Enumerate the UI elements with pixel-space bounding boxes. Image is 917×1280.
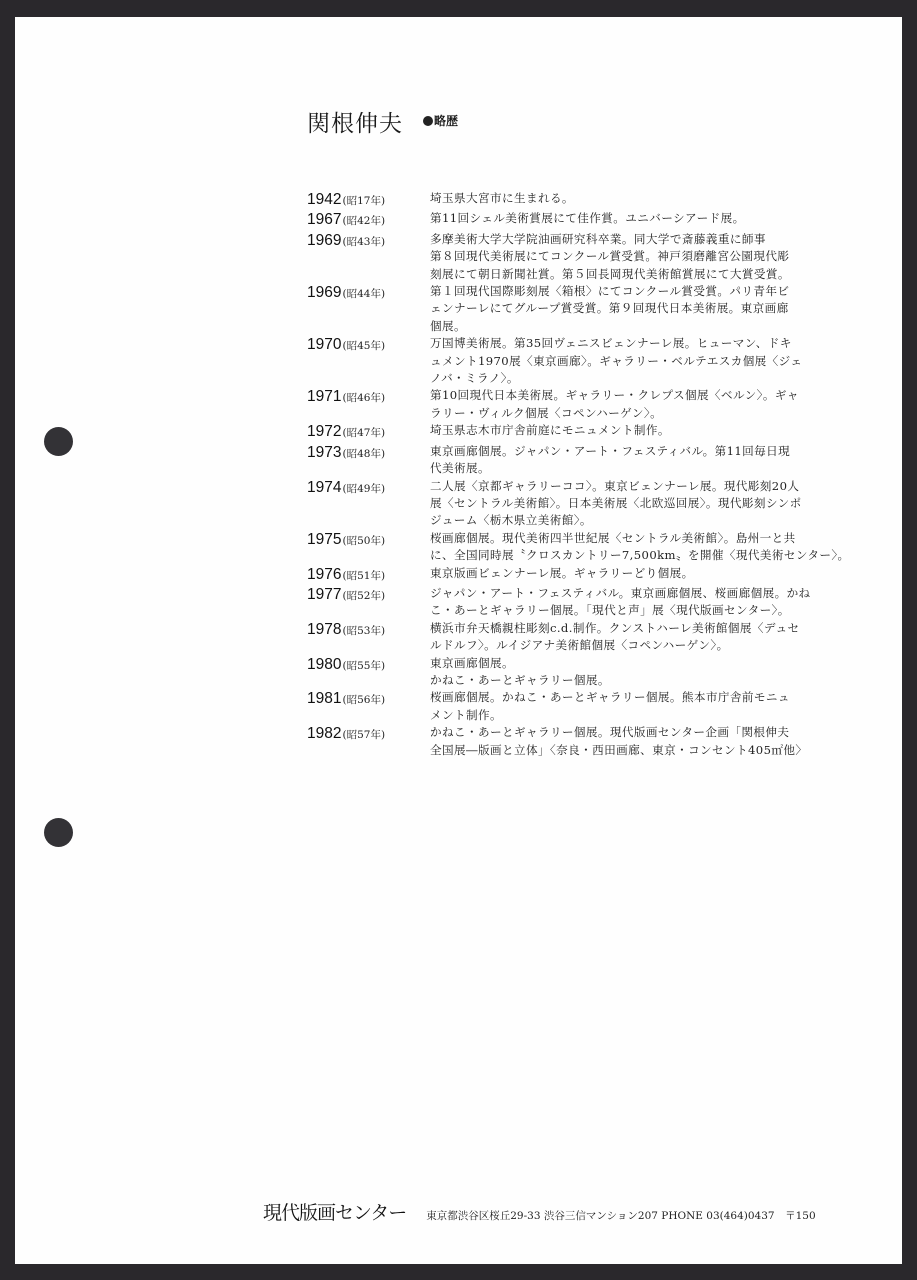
era-year: (昭43年) (342, 236, 385, 248)
era-year: (昭17年) (342, 195, 385, 207)
description-line: ノバ・ミラノ〉。 (430, 370, 840, 387)
footer: 現代版画センター 東京都渋谷区桜丘29-33 渋谷三信マンション207 PHON… (263, 1198, 816, 1225)
punch-hole-bottom (44, 818, 73, 847)
year: 1975 (307, 531, 341, 548)
year: 1969 (307, 284, 341, 301)
era-year: (昭45年) (342, 340, 385, 352)
description-line: ェンナーレにてグループ賞受賞。第９回現代日本美術展。東京画廊 (430, 300, 840, 317)
era-year: (昭47年) (342, 427, 385, 439)
era-year: (昭46年) (342, 392, 385, 404)
bio-entry: 1981(昭56年)桜画廊個展。かねこ・あーとギャラリー個展。熊本市庁舎前モニュ… (307, 689, 867, 724)
bio-entry: 1967(昭42年)第11回シェル美術賞展にて佳作賞。ユニバーシアード展。 (307, 210, 867, 230)
description-line: 東京画廊個展。 (430, 655, 840, 672)
description-line: 埼玉県大宮市に生まれる。 (430, 190, 840, 207)
event-description: 横浜市弁天橋親柱彫刻c.d.制作。クンストハーレ美術館個展〈デュセルドルフ〉。ル… (430, 620, 840, 655)
event-description: 桜画廊個展。かねこ・あーとギャラリー個展。熊本市庁舎前モニュメント制作。 (430, 689, 840, 724)
year: 1971 (307, 388, 341, 405)
event-description: 万国博美術展。第35回ヴェニスビェンナーレ展。ヒューマン、ドキュメント1970展… (430, 335, 840, 387)
bio-entry: 1969(昭44年)第１回現代国際彫刻展〈箱根〉にてコンクール賞受賞。パリ青年ビ… (307, 283, 867, 335)
year: 1973 (307, 444, 341, 461)
description-line: に、全国同時展〝クロスカントリー7,500km〟を開催〈現代美術センター〉。 (430, 547, 840, 564)
year-cell: 1942(昭17年) (307, 190, 430, 210)
description-line: 埼玉県志木市庁舎前庭にモニュメント制作。 (430, 422, 840, 439)
era-year: (昭51年) (342, 570, 385, 582)
bio-entry: 1980(昭55年)東京画廊個展。かねこ・あーとギャラリー個展。 (307, 655, 867, 690)
year: 1972 (307, 423, 341, 440)
description-line: ラリー・ヴィルク個展〈コペンハーゲン〉。 (430, 405, 840, 422)
description-line: 第１回現代国際彫刻展〈箱根〉にてコンクール賞受賞。パリ青年ビ (430, 283, 840, 300)
event-description: ジャパン・アート・フェスティバル。東京画廊個展、桜画廊個展。かねこ・あーとギャラ… (430, 585, 840, 620)
publisher-address: 東京都渋谷区桜丘29-33 渋谷三信マンション207 PHONE 03(464)… (426, 1208, 815, 1223)
description-line: 第10回現代日本美術展。ギャラリー・クレプス個展〈ベルン〉。ギャ (430, 387, 840, 404)
year: 1981 (307, 690, 341, 707)
year-cell: 1972(昭47年) (307, 422, 430, 442)
section-label-text: 略歴 (434, 114, 458, 128)
event-description: 第１回現代国際彫刻展〈箱根〉にてコンクール賞受賞。パリ青年ビェンナーレにてグルー… (430, 283, 840, 335)
bio-entry: 1973(昭48年)東京画廊個展。ジャパン・アート・フェスティバル。第11回毎日… (307, 443, 867, 478)
description-line: 二人展〈京都ギャラリーココ〉。東京ビェンナーレ展。現代彫刻20人 (430, 478, 840, 495)
year-cell: 1969(昭44年) (307, 283, 430, 303)
description-line: ュメント1970展〈東京画廊〉。ギャラリー・ベルテエスカ個展〈ジェ (430, 353, 840, 370)
year: 1982 (307, 725, 341, 742)
description-line: 桜画廊個展。かねこ・あーとギャラリー個展。熊本市庁舎前モニュ (430, 689, 840, 706)
bullet-icon (423, 116, 433, 126)
description-line: ジャパン・アート・フェスティバル。東京画廊個展、桜画廊個展。かね (430, 585, 840, 602)
bio-entry: 1975(昭50年)桜画廊個展。現代美術四半世紀展〈セントラル美術館〉。島州一と… (307, 530, 867, 565)
bio-entry: 1972(昭47年)埼玉県志木市庁舎前庭にモニュメント制作。 (307, 422, 867, 442)
year-cell: 1976(昭51年) (307, 565, 430, 585)
bio-entry: 1977(昭52年)ジャパン・アート・フェスティバル。東京画廊個展、桜画廊個展。… (307, 585, 867, 620)
description-line: ジューム〈栃木県立美術館〉。 (430, 512, 840, 529)
event-description: 桜画廊個展。現代美術四半世紀展〈セントラル美術館〉。島州一と共に、全国同時展〝ク… (430, 530, 840, 565)
year-cell: 1970(昭45年) (307, 335, 430, 355)
description-line: 第11回シェル美術賞展にて佳作賞。ユニバーシアード展。 (430, 210, 840, 227)
bio-entry: 1971(昭46年)第10回現代日本美術展。ギャラリー・クレプス個展〈ベルン〉。… (307, 387, 867, 422)
description-line: 展〈セントラル美術館〉。日本美術展〈北欧巡回展〉。現代彫刻シンポ (430, 495, 840, 512)
biography-list: 1942(昭17年)埼玉県大宮市に生まれる。1967(昭42年)第11回シェル美… (307, 190, 867, 759)
era-year: (昭48年) (342, 448, 385, 460)
event-description: 埼玉県志木市庁舎前庭にモニュメント制作。 (430, 422, 840, 439)
description-line: 多摩美術大学大学院油画研究科卒業。同大学で斎藤義重に師事 (430, 231, 840, 248)
bio-entry: 1978(昭53年)横浜市弁天橋親柱彫刻c.d.制作。クンストハーレ美術館個展〈… (307, 620, 867, 655)
era-year: (昭57年) (342, 729, 385, 741)
description-line: 横浜市弁天橋親柱彫刻c.d.制作。クンストハーレ美術館個展〈デュセ (430, 620, 840, 637)
event-description: 東京画廊個展。かねこ・あーとギャラリー個展。 (430, 655, 840, 690)
year-cell: 1982(昭57年) (307, 724, 430, 744)
description-line: こ・あーとギャラリー個展。「現代と声」展〈現代版画センター〉。 (430, 602, 840, 619)
description-line: 桜画廊個展。現代美術四半世紀展〈セントラル美術館〉。島州一と共 (430, 530, 840, 547)
year: 1980 (307, 656, 341, 673)
event-description: 東京画廊個展。ジャパン・アート・フェスティバル。第11回毎日現代美術展。 (430, 443, 840, 478)
description-line: かねこ・あーとギャラリー個展。現代版画センター企画「関根伸夫 (430, 724, 840, 741)
event-description: かねこ・あーとギャラリー個展。現代版画センター企画「関根伸夫全国展―版画と立体」… (430, 724, 840, 759)
description-line: 第８回現代美術展にてコンクール賞受賞。神戸須磨離宮公園現代彫 (430, 248, 840, 265)
year: 1967 (307, 211, 341, 228)
year-cell: 1973(昭48年) (307, 443, 430, 463)
era-year: (昭49年) (342, 483, 385, 495)
year-cell: 1967(昭42年) (307, 210, 430, 230)
description-line: 万国博美術展。第35回ヴェニスビェンナーレ展。ヒューマン、ドキ (430, 335, 840, 352)
description-line: 刻展にて朝日新聞社賞。第５回長岡現代美術館賞展にて大賞受賞。 (430, 266, 840, 283)
event-description: 東京版画ビェンナーレ展。ギャラリーどり個展。 (430, 565, 840, 582)
bio-entry: 1976(昭51年)東京版画ビェンナーレ展。ギャラリーどり個展。 (307, 565, 867, 585)
event-description: 二人展〈京都ギャラリーココ〉。東京ビェンナーレ展。現代彫刻20人展〈セントラル美… (430, 478, 840, 530)
document-page: 関根伸夫 略歴 1942(昭17年)埼玉県大宮市に生まれる。1967(昭42年)… (15, 17, 902, 1264)
year: 1969 (307, 232, 341, 249)
description-line: メント制作。 (430, 707, 840, 724)
section-label: 略歴 (423, 112, 458, 129)
bio-entry: 1942(昭17年)埼玉県大宮市に生まれる。 (307, 190, 867, 210)
description-line: 個展。 (430, 318, 840, 335)
era-year: (昭52年) (342, 590, 385, 602)
year: 1974 (307, 479, 341, 496)
description-line: 全国展―版画と立体」〈奈良・西田画廊、東京・コンセント405㎡他〉 (430, 742, 840, 759)
year: 1942 (307, 191, 341, 208)
year-cell: 1977(昭52年) (307, 585, 430, 605)
description-line: 代美術展。 (430, 460, 840, 477)
bio-entry: 1970(昭45年)万国博美術展。第35回ヴェニスビェンナーレ展。ヒューマン、ド… (307, 335, 867, 387)
year-cell: 1971(昭46年) (307, 387, 430, 407)
event-description: 埼玉県大宮市に生まれる。 (430, 190, 840, 207)
description-line: かねこ・あーとギャラリー個展。 (430, 672, 840, 689)
era-year: (昭42年) (342, 215, 385, 227)
year-cell: 1969(昭43年) (307, 231, 430, 251)
year-cell: 1980(昭55年) (307, 655, 430, 675)
era-year: (昭55年) (342, 660, 385, 672)
era-year: (昭50年) (342, 535, 385, 547)
year-cell: 1981(昭56年) (307, 689, 430, 709)
year-cell: 1974(昭49年) (307, 478, 430, 498)
punch-hole-top (44, 427, 73, 456)
description-line: ルドルフ〉。ルイジアナ美術館個展〈コペンハーゲン〉。 (430, 637, 840, 654)
year: 1976 (307, 566, 341, 583)
era-year: (昭53年) (342, 625, 385, 637)
era-year: (昭56年) (342, 694, 385, 706)
event-description: 第10回現代日本美術展。ギャラリー・クレプス個展〈ベルン〉。ギャラリー・ヴィルク… (430, 387, 840, 422)
description-line: 東京画廊個展。ジャパン・アート・フェスティバル。第11回毎日現 (430, 443, 840, 460)
year: 1970 (307, 336, 341, 353)
artist-name: 関根伸夫 (307, 105, 403, 138)
year-cell: 1975(昭50年) (307, 530, 430, 550)
event-description: 第11回シェル美術賞展にて佳作賞。ユニバーシアード展。 (430, 210, 840, 227)
description-line: 東京版画ビェンナーレ展。ギャラリーどり個展。 (430, 565, 840, 582)
bio-entry: 1982(昭57年)かねこ・あーとギャラリー個展。現代版画センター企画「関根伸夫… (307, 724, 867, 759)
publisher-logo: 現代版画センター (263, 1198, 406, 1225)
event-description: 多摩美術大学大学院油画研究科卒業。同大学で斎藤義重に師事第８回現代美術展にてコン… (430, 231, 840, 283)
year-cell: 1978(昭53年) (307, 620, 430, 640)
bio-entry: 1974(昭49年)二人展〈京都ギャラリーココ〉。東京ビェンナーレ展。現代彫刻2… (307, 478, 867, 530)
era-year: (昭44年) (342, 288, 385, 300)
bio-entry: 1969(昭43年)多摩美術大学大学院油画研究科卒業。同大学で斎藤義重に師事第８… (307, 231, 867, 283)
year: 1977 (307, 586, 341, 603)
year: 1978 (307, 621, 341, 638)
